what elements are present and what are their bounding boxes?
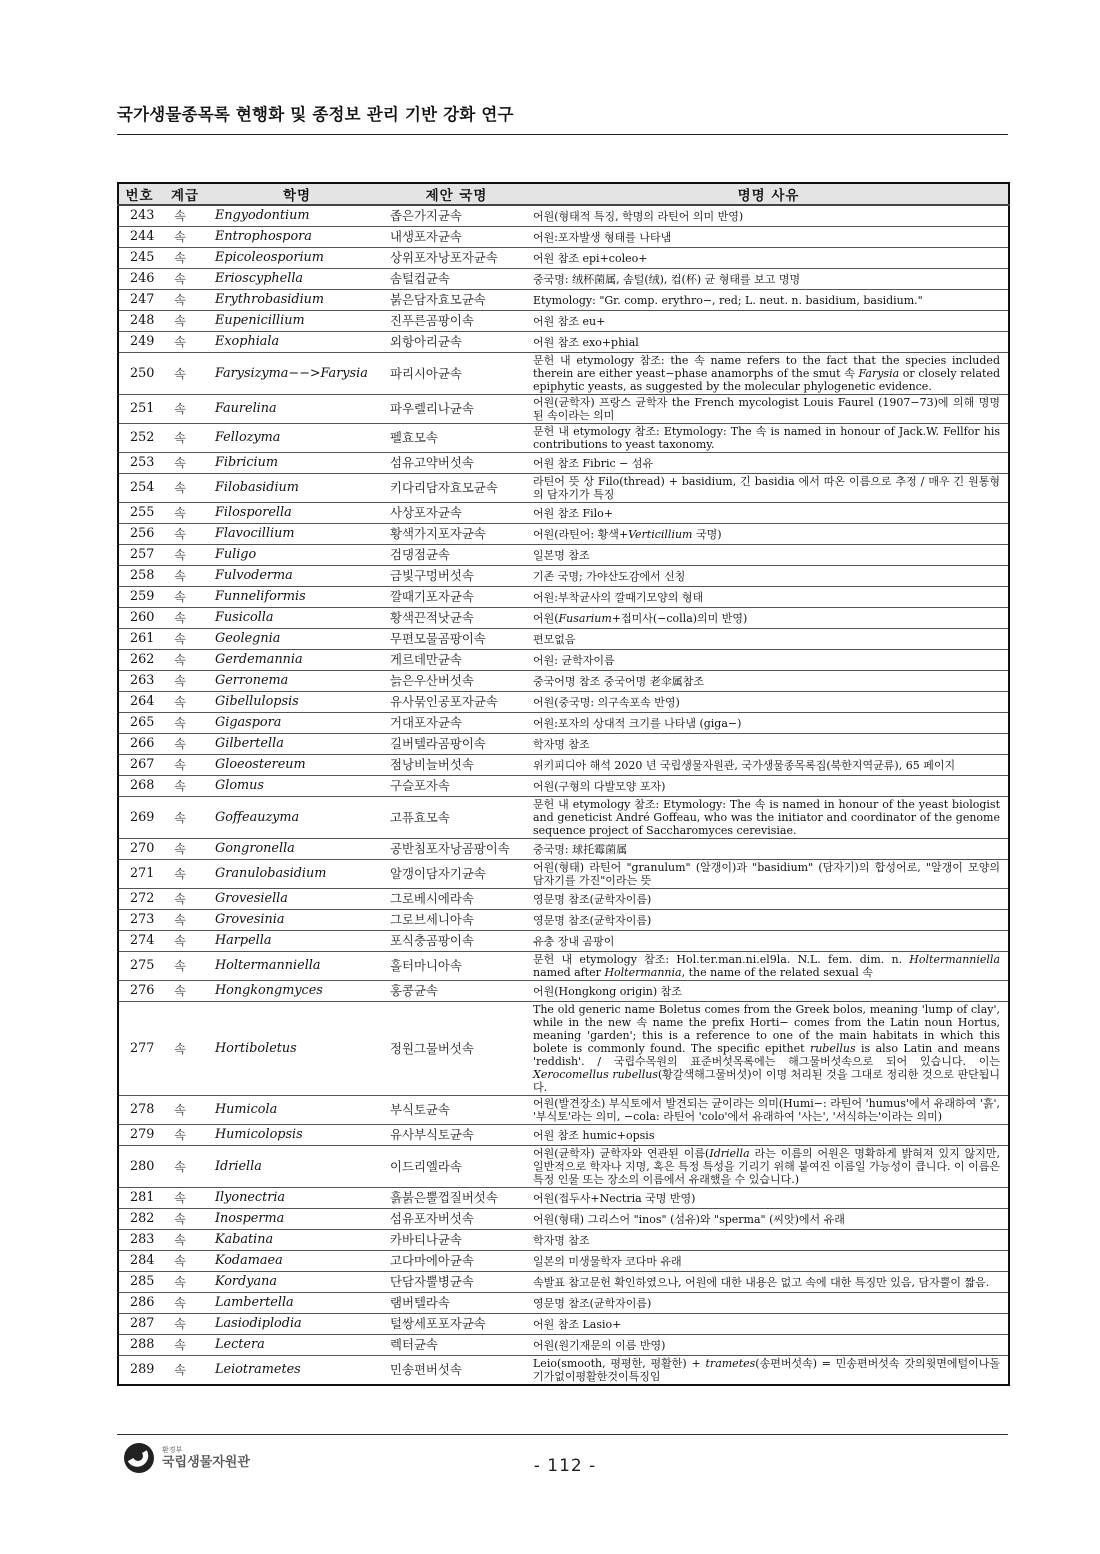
row-scientific-name: Fusicolla (210, 608, 384, 629)
row-rank: 속 (160, 1314, 210, 1335)
row-scientific-name: Grovesiella (210, 889, 384, 910)
row-scientific-name: Gigaspora (210, 713, 384, 734)
row-korean-name: 황색가지포자균속 (384, 524, 529, 545)
row-number: 279 (118, 1125, 160, 1146)
ministry-label: 환경부 (162, 1446, 250, 1455)
row-rank: 속 (160, 1209, 210, 1230)
row-scientific-name: Eupenicillium (210, 311, 384, 332)
row-scientific-name: Fibricium (210, 453, 384, 474)
row-number: 275 (118, 952, 160, 981)
row-rank: 속 (160, 1230, 210, 1251)
row-number: 280 (118, 1146, 160, 1188)
row-number: 269 (118, 797, 160, 839)
row-number: 271 (118, 860, 160, 889)
page-number: - 112 - (500, 1456, 630, 1476)
row-naming-reason: 어원 참조 epi+coleo+ (529, 248, 1009, 269)
row-rank: 속 (160, 839, 210, 860)
row-number: 266 (118, 734, 160, 755)
row-number: 283 (118, 1230, 160, 1251)
table-row: 267속Gloeostereum점낭비늘버섯속위키피디아 해석 2020 년 국… (118, 755, 1009, 776)
row-naming-reason: 편모없음 (529, 629, 1009, 650)
row-scientific-name: Gerronema (210, 671, 384, 692)
row-number: 274 (118, 931, 160, 952)
row-scientific-name: Entrophospora (210, 227, 384, 248)
row-naming-reason: 중국어명 참조 중국어명 老伞属참조 (529, 671, 1009, 692)
row-naming-reason: Etymology: "Gr. comp. erythro−, red; L. … (529, 290, 1009, 311)
row-rank: 속 (160, 474, 210, 503)
genus-name-table: 번호 계급 학명 제안 국명 명명 사유 243속Engyodontium좁은가… (117, 182, 1010, 1386)
row-number: 251 (118, 395, 160, 424)
row-rank: 속 (160, 1356, 210, 1386)
row-scientific-name: Gongronella (210, 839, 384, 860)
row-number: 261 (118, 629, 160, 650)
row-naming-reason: 중국명: 绒杯菌属, 솜털(绒), 컵(杯) 균 형태를 보고 명명 (529, 269, 1009, 290)
table-row: 269속Goffeauzyma고퓨효모속문헌 내 etymology 참조: E… (118, 797, 1009, 839)
table-row: 281속Ilyonectria흙붉은뿔껍질버섯속어원(접두사+Nectria 국… (118, 1188, 1009, 1209)
row-rank: 속 (160, 713, 210, 734)
row-korean-name: 알갱이담자기균속 (384, 860, 529, 889)
row-scientific-name: Farysizyma−−>Farysia (210, 353, 384, 395)
row-korean-name: 황색끈적낫균속 (384, 608, 529, 629)
row-scientific-name: Gibellulopsis (210, 692, 384, 713)
row-number: 253 (118, 453, 160, 474)
row-korean-name: 고퓨효모속 (384, 797, 529, 839)
row-naming-reason: 어원 참조 Fibric − 섬유 (529, 453, 1009, 474)
row-number: 256 (118, 524, 160, 545)
row-korean-name: 섬유포자버섯속 (384, 1209, 529, 1230)
row-rank: 속 (160, 205, 210, 227)
row-rank: 속 (160, 587, 210, 608)
table-row: 285속Kordyana단담자뿔병균속속발표 참고문헌 확인하였으나, 어원에 … (118, 1272, 1009, 1293)
row-number: 258 (118, 566, 160, 587)
row-korean-name: 검댕점균속 (384, 545, 529, 566)
row-korean-name: 렉터균속 (384, 1335, 529, 1356)
row-korean-name: 진푸른곰팡이속 (384, 311, 529, 332)
row-korean-name: 금빛구멍버섯속 (384, 566, 529, 587)
row-number: 259 (118, 587, 160, 608)
row-korean-name: 파우렐리나균속 (384, 395, 529, 424)
row-rank: 속 (160, 608, 210, 629)
row-naming-reason: 어원 참조 Filo+ (529, 503, 1009, 524)
table-row: 265속Gigaspora거대포자균속어원:포자의 상대적 크기를 나타냄 (g… (118, 713, 1009, 734)
table-row: 259속Funneliformis깔때기포자균속어원:부착균사의 깔때기모양의 … (118, 587, 1009, 608)
row-number: 284 (118, 1251, 160, 1272)
row-naming-reason: 라틴어 뜻 상 Filo(thread) + basidium, 긴 basid… (529, 474, 1009, 503)
row-scientific-name: Humicolopsis (210, 1125, 384, 1146)
row-korean-name: 정원그물버섯속 (384, 1002, 529, 1096)
row-scientific-name: Holtermanniella (210, 952, 384, 981)
row-number: 249 (118, 332, 160, 353)
row-scientific-name: Humicola (210, 1096, 384, 1125)
row-number: 244 (118, 227, 160, 248)
row-korean-name: 펠효모속 (384, 424, 529, 453)
row-rank: 속 (160, 981, 210, 1002)
table-row: 272속Grovesiella그로베시에라속영문명 참조(균학자이름) (118, 889, 1009, 910)
row-korean-name: 구슬포자속 (384, 776, 529, 797)
row-number: 243 (118, 205, 160, 227)
row-korean-name: 부식토균속 (384, 1096, 529, 1125)
row-naming-reason: 영문명 참조(균학자이름) (529, 889, 1009, 910)
row-korean-name: 공반침포자낭곰팡이속 (384, 839, 529, 860)
row-scientific-name: Engyodontium (210, 205, 384, 227)
row-rank: 속 (160, 692, 210, 713)
row-korean-name: 파리시아균속 (384, 353, 529, 395)
row-number: 245 (118, 248, 160, 269)
row-korean-name: 램버텔라속 (384, 1293, 529, 1314)
row-rank: 속 (160, 1293, 210, 1314)
row-scientific-name: Grovesinia (210, 910, 384, 931)
row-number: 268 (118, 776, 160, 797)
row-scientific-name: Kodamaea (210, 1251, 384, 1272)
row-rank: 속 (160, 248, 210, 269)
table-row: 248속Eupenicillium진푸른곰팡이속어원 참조 eu+ (118, 311, 1009, 332)
table-row: 279속Humicolopsis유사부식토균속어원 참조 humic+opsis (118, 1125, 1009, 1146)
table-row: 288속Lectera렉터균속어원(원기재문의 이름 반영) (118, 1335, 1009, 1356)
row-korean-name: 홀터마니아속 (384, 952, 529, 981)
row-naming-reason: 어원: 균학자이름 (529, 650, 1009, 671)
row-naming-reason: 유충 장내 곰팡이 (529, 931, 1009, 952)
row-number: 263 (118, 671, 160, 692)
row-korean-name: 게르데만균속 (384, 650, 529, 671)
row-number: 257 (118, 545, 160, 566)
row-korean-name: 유사묶인공포자균속 (384, 692, 529, 713)
row-number: 276 (118, 981, 160, 1002)
row-rank: 속 (160, 1125, 210, 1146)
row-naming-reason: 어원:포자발생 형태를 나타냄 (529, 227, 1009, 248)
row-naming-reason: 문헌 내 etymology 참조: Hol.ter.man.ni.el9la.… (529, 952, 1009, 981)
row-korean-name: 민송편버섯속 (384, 1356, 529, 1386)
row-korean-name: 포식충곰팡이속 (384, 931, 529, 952)
table-row: 250속Farysizyma−−>Farysia파리시아균속문헌 내 etymo… (118, 353, 1009, 395)
row-rank: 속 (160, 671, 210, 692)
row-number: 277 (118, 1002, 160, 1096)
row-korean-name: 외항아리균속 (384, 332, 529, 353)
row-number: 260 (118, 608, 160, 629)
row-naming-reason: 일본의 미생물학자 코다마 유래 (529, 1251, 1009, 1272)
row-rank: 속 (160, 889, 210, 910)
table-row: 271속Granulobasidium알갱이담자기균속어원(형태) 라틴어 "g… (118, 860, 1009, 889)
row-scientific-name: Harpella (210, 931, 384, 952)
row-korean-name: 그로브세니아속 (384, 910, 529, 931)
table-row: 263속Gerronema늙은우산버섯속중국어명 참조 중국어명 老伞属참조 (118, 671, 1009, 692)
row-rank: 속 (160, 629, 210, 650)
row-naming-reason: 어원(Hongkong origin) 참조 (529, 981, 1009, 1002)
row-number: 247 (118, 290, 160, 311)
row-number: 282 (118, 1209, 160, 1230)
row-rank: 속 (160, 1188, 210, 1209)
table-row: 284속Kodamaea고다마에아균속일본의 미생물학자 코다마 유래 (118, 1251, 1009, 1272)
row-scientific-name: Ilyonectria (210, 1188, 384, 1209)
row-naming-reason: 어원(형태) 라틴어 "granulum" (알갱이)과 "basidium" … (529, 860, 1009, 889)
row-number: 250 (118, 353, 160, 395)
row-naming-reason: 학자명 참조 (529, 734, 1009, 755)
table-row: 244속Entrophospora내생포자균속어원:포자발생 형태를 나타냄 (118, 227, 1009, 248)
column-header-proposed-korean-name: 제안 국명 (384, 183, 529, 205)
row-number: 272 (118, 889, 160, 910)
row-rank: 속 (160, 931, 210, 952)
row-scientific-name: Gloeostereum (210, 755, 384, 776)
table-row: 251속Faurelina파우렐리나균속어원(균학자) 프랑스 균학자 the … (118, 395, 1009, 424)
row-rank: 속 (160, 424, 210, 453)
table-body: 243속Engyodontium좁은가지균속어원(형태적 특징, 학명의 라틴어… (118, 205, 1009, 1385)
row-rank: 속 (160, 755, 210, 776)
row-rank: 속 (160, 353, 210, 395)
row-naming-reason: 학자명 참조 (529, 1230, 1009, 1251)
header-divider (117, 134, 1008, 135)
row-naming-reason: 어원(발견장소) 부식토에서 발견되는 균이라는 의미(Humi−: 라틴어 '… (529, 1096, 1009, 1125)
row-korean-name: 솜털컵균속 (384, 269, 529, 290)
row-scientific-name: Hortiboletus (210, 1002, 384, 1096)
row-korean-name: 카바티나균속 (384, 1230, 529, 1251)
table-row: 289속Leiotrametes민송편버섯속Leio(smooth, 평평한, … (118, 1356, 1009, 1386)
row-korean-name: 키다리담자효모균속 (384, 474, 529, 503)
table-row: 286속Lambertella램버텔라속영문명 참조(균학자이름) (118, 1293, 1009, 1314)
row-naming-reason: 어원(중국명: 의구속포속 반영) (529, 692, 1009, 713)
document-header: 국가생물종목록 현행화 및 종정보 관리 기반 강화 연구 (117, 100, 1008, 130)
table-row: 278속Humicola부식토균속어원(발견장소) 부식토에서 발견되는 균이라… (118, 1096, 1009, 1125)
row-number: 252 (118, 424, 160, 453)
table-row: 247속Erythrobasidium붉은담자효모균속Etymology: "G… (118, 290, 1009, 311)
table-row: 246속Erioscyphella솜털컵균속중국명: 绒杯菌属, 솜털(绒), … (118, 269, 1009, 290)
row-scientific-name: Epicoleosporium (210, 248, 384, 269)
row-korean-name: 유사부식토균속 (384, 1125, 529, 1146)
row-scientific-name: Erioscyphella (210, 269, 384, 290)
table-row: 262속Gerdemannia게르데만균속어원: 균학자이름 (118, 650, 1009, 671)
row-number: 288 (118, 1335, 160, 1356)
row-naming-reason: 어원(라틴어: 황색+Verticillium 국명) (529, 524, 1009, 545)
table-row: 276속Hongkongmyces홍콩균속어원(Hongkong origin)… (118, 981, 1009, 1002)
row-scientific-name: Inosperma (210, 1209, 384, 1230)
row-naming-reason: 어원(균학자) 프랑스 균학자 the French mycologist Lo… (529, 395, 1009, 424)
table-row: 287속Lasiodiplodia털쌍세포포자균속어원 참조 Lasio+ (118, 1314, 1009, 1335)
row-scientific-name: Goffeauzyma (210, 797, 384, 839)
row-rank: 속 (160, 524, 210, 545)
table-row: 258속Fulvoderma금빛구멍버섯속기존 국명; 가야산도감에서 신칭 (118, 566, 1009, 587)
row-naming-reason: The old generic name Boletus comes from … (529, 1002, 1009, 1096)
row-scientific-name: Glomus (210, 776, 384, 797)
row-rank: 속 (160, 910, 210, 931)
institution-name: 환경부 국립생물자원관 (162, 1446, 250, 1470)
row-scientific-name: Exophiala (210, 332, 384, 353)
row-naming-reason: 어원(구형의 다발모양 포자) (529, 776, 1009, 797)
row-korean-name: 거대포자균속 (384, 713, 529, 734)
table-row: 249속Exophiala외항아리균속어원 참조 exo+phial (118, 332, 1009, 353)
row-naming-reason: 어원(원기재문의 이름 반영) (529, 1335, 1009, 1356)
document-title: 국가생물종목록 현행화 및 종정보 관리 기반 강화 연구 (117, 100, 1008, 130)
row-number: 254 (118, 474, 160, 503)
row-korean-name: 홍콩균속 (384, 981, 529, 1002)
table-header-row: 번호 계급 학명 제안 국명 명명 사유 (118, 183, 1009, 205)
row-scientific-name: Gerdemannia (210, 650, 384, 671)
row-scientific-name: Geolegnia (210, 629, 384, 650)
row-rank: 속 (160, 332, 210, 353)
row-scientific-name: Hongkongmyces (210, 981, 384, 1002)
table-row: 253속Fibricium섬유고약버섯속어원 참조 Fibric − 섬유 (118, 453, 1009, 474)
table-row: 266속Gilbertella길버텔라곰팡이속학자명 참조 (118, 734, 1009, 755)
table-row: 268속Glomus구슬포자속어원(구형의 다발모양 포자) (118, 776, 1009, 797)
row-scientific-name: Funneliformis (210, 587, 384, 608)
row-naming-reason: 어원 참조 Lasio+ (529, 1314, 1009, 1335)
column-header-scientific-name: 학명 (210, 183, 384, 205)
table-row: 256속Flavocillium황색가지포자균속어원(라틴어: 황색+Verti… (118, 524, 1009, 545)
row-korean-name: 사상포자균속 (384, 503, 529, 524)
row-korean-name: 길버텔라곰팡이속 (384, 734, 529, 755)
row-rank: 속 (160, 734, 210, 755)
row-naming-reason: Leio(smooth, 평평한, 평활한) + trametes(송편버섯속)… (529, 1356, 1009, 1386)
row-scientific-name: Lectera (210, 1335, 384, 1356)
column-header-number: 번호 (118, 183, 160, 205)
row-rank: 속 (160, 227, 210, 248)
row-naming-reason: 어원(접두사+Nectria 국명 반영) (529, 1188, 1009, 1209)
row-naming-reason: 어원(Fusarium+접미사(−colla)의미 반영) (529, 608, 1009, 629)
table-row: 257속Fuligo검댕점균속일본명 참조 (118, 545, 1009, 566)
row-naming-reason: 영문명 참조(균학자이름) (529, 910, 1009, 931)
row-number: 265 (118, 713, 160, 734)
row-rank: 속 (160, 395, 210, 424)
institute-label: 국립생물자원관 (162, 1455, 250, 1470)
row-naming-reason: 일본명 참조 (529, 545, 1009, 566)
table-row: 243속Engyodontium좁은가지균속어원(형태적 특징, 학명의 라틴어… (118, 205, 1009, 227)
row-number: 287 (118, 1314, 160, 1335)
table-row: 245속Epicoleosporium상위포자낭포자균속어원 참조 epi+co… (118, 248, 1009, 269)
row-korean-name: 붉은담자효모균속 (384, 290, 529, 311)
row-naming-reason: 어원 참조 humic+opsis (529, 1125, 1009, 1146)
row-naming-reason: 어원(형태) 그리스어 "inos" (섬유)와 "sperma" (씨앗)에서… (529, 1209, 1009, 1230)
table-row: 280속Idriella이드리엘라속어원(균학자) 균학자와 연관된 이름(Id… (118, 1146, 1009, 1188)
row-number: 264 (118, 692, 160, 713)
row-rank: 속 (160, 1146, 210, 1188)
row-naming-reason: 기존 국명; 가야산도감에서 신칭 (529, 566, 1009, 587)
table-row: 255속Filosporella사상포자균속어원 참조 Filo+ (118, 503, 1009, 524)
table-row: 260속Fusicolla황색끈적낫균속어원(Fusarium+접미사(−col… (118, 608, 1009, 629)
row-rank: 속 (160, 545, 210, 566)
row-scientific-name: Filobasidium (210, 474, 384, 503)
row-rank: 속 (160, 290, 210, 311)
row-korean-name: 단담자뿔병균속 (384, 1272, 529, 1293)
row-korean-name: 내생포자균속 (384, 227, 529, 248)
row-korean-name: 상위포자낭포자균속 (384, 248, 529, 269)
row-number: 289 (118, 1356, 160, 1386)
row-number: 246 (118, 269, 160, 290)
row-scientific-name: Gilbertella (210, 734, 384, 755)
row-scientific-name: Faurelina (210, 395, 384, 424)
table-row: 274속Harpella포식충곰팡이속유충 장내 곰팡이 (118, 931, 1009, 952)
row-rank: 속 (160, 453, 210, 474)
row-scientific-name: Lambertella (210, 1293, 384, 1314)
row-korean-name: 늙은우산버섯속 (384, 671, 529, 692)
row-scientific-name: Fulvoderma (210, 566, 384, 587)
row-naming-reason: 어원 참조 exo+phial (529, 332, 1009, 353)
row-scientific-name: Filosporella (210, 503, 384, 524)
row-number: 285 (118, 1272, 160, 1293)
row-scientific-name: Lasiodiplodia (210, 1314, 384, 1335)
row-rank: 속 (160, 311, 210, 332)
row-korean-name: 깔때기포자균속 (384, 587, 529, 608)
row-korean-name: 고다마에아균속 (384, 1251, 529, 1272)
table-row: 283속Kabatina카바티나균속학자명 참조 (118, 1230, 1009, 1251)
row-rank: 속 (160, 776, 210, 797)
row-scientific-name: Idriella (210, 1146, 384, 1188)
footer-divider (117, 1434, 1008, 1435)
row-naming-reason: 어원:부착균사의 깔때기모양의 형태 (529, 587, 1009, 608)
institution-logo: 환경부 국립생물자원관 (124, 1443, 250, 1473)
row-naming-reason: 속발표 참고문헌 확인하였으나, 어원에 대한 내용은 없고 속에 대한 특징만… (529, 1272, 1009, 1293)
table-row: 270속Gongronella공반침포자낭곰팡이속중국명: 球托霉菌属 (118, 839, 1009, 860)
row-korean-name: 흙붉은뿔껍질버섯속 (384, 1188, 529, 1209)
row-rank: 속 (160, 1272, 210, 1293)
row-number: 278 (118, 1096, 160, 1125)
row-number: 273 (118, 910, 160, 931)
row-naming-reason: 위키피디아 해석 2020 년 국립생물자원관, 국가생물종목록집(북한지역균류… (529, 755, 1009, 776)
table-row: 277속Hortiboletus정원그물버섯속The old generic n… (118, 1002, 1009, 1096)
row-rank: 속 (160, 1096, 210, 1125)
table-row: 273속Grovesinia그로브세니아속영문명 참조(균학자이름) (118, 910, 1009, 931)
row-rank: 속 (160, 650, 210, 671)
table-row: 261속Geolegnia무편모물곰팡이속편모없음 (118, 629, 1009, 650)
row-korean-name: 무편모물곰팡이속 (384, 629, 529, 650)
row-rank: 속 (160, 269, 210, 290)
row-naming-reason: 문헌 내 etymology 참조: the 속 name refers to … (529, 353, 1009, 395)
table-row: 252속Fellozyma펠효모속문헌 내 etymology 참조: Etym… (118, 424, 1009, 453)
row-rank: 속 (160, 1335, 210, 1356)
row-naming-reason: 문헌 내 etymology 참조: Etymology: The 속 is n… (529, 424, 1009, 453)
genus-name-table-container: 번호 계급 학명 제안 국명 명명 사유 243속Engyodontium좁은가… (117, 182, 1008, 1386)
row-scientific-name: Fuligo (210, 545, 384, 566)
row-naming-reason: 문헌 내 etymology 참조: Etymology: The 속 is n… (529, 797, 1009, 839)
row-number: 267 (118, 755, 160, 776)
row-scientific-name: Flavocillium (210, 524, 384, 545)
row-naming-reason: 어원:포자의 상대적 크기를 나타냄 (giga−) (529, 713, 1009, 734)
row-scientific-name: Leiotrametes (210, 1356, 384, 1386)
row-korean-name: 이드리엘라속 (384, 1146, 529, 1188)
row-naming-reason: 어원(균학자) 균학자와 연관된 이름(Idriella 라는 이름의 어원은 … (529, 1146, 1009, 1188)
row-rank: 속 (160, 952, 210, 981)
row-naming-reason: 중국명: 球托霉菌属 (529, 839, 1009, 860)
row-scientific-name: Kordyana (210, 1272, 384, 1293)
row-scientific-name: Fellozyma (210, 424, 384, 453)
row-korean-name: 그로베시에라속 (384, 889, 529, 910)
row-scientific-name: Granulobasidium (210, 860, 384, 889)
row-number: 255 (118, 503, 160, 524)
row-korean-name: 점낭비늘버섯속 (384, 755, 529, 776)
row-korean-name: 섬유고약버섯속 (384, 453, 529, 474)
row-naming-reason: 영문명 참조(균학자이름) (529, 1293, 1009, 1314)
row-rank: 속 (160, 860, 210, 889)
row-scientific-name: Erythrobasidium (210, 290, 384, 311)
row-korean-name: 털쌍세포포자균속 (384, 1314, 529, 1335)
taegeuk-emblem-icon (124, 1443, 154, 1473)
column-header-naming-reason: 명명 사유 (529, 183, 1009, 205)
table-row: 264속Gibellulopsis유사묶인공포자균속어원(중국명: 의구속포속 … (118, 692, 1009, 713)
row-korean-name: 좁은가지균속 (384, 205, 529, 227)
row-number: 248 (118, 311, 160, 332)
column-header-rank: 계급 (160, 183, 210, 205)
row-rank: 속 (160, 1002, 210, 1096)
row-rank: 속 (160, 503, 210, 524)
row-scientific-name: Kabatina (210, 1230, 384, 1251)
row-naming-reason: 어원(형태적 특징, 학명의 라틴어 의미 반영) (529, 205, 1009, 227)
row-rank: 속 (160, 1251, 210, 1272)
row-number: 286 (118, 1293, 160, 1314)
row-number: 281 (118, 1188, 160, 1209)
table-row: 254속Filobasidium키다리담자효모균속라틴어 뜻 상 Filo(th… (118, 474, 1009, 503)
row-rank: 속 (160, 797, 210, 839)
row-number: 270 (118, 839, 160, 860)
row-naming-reason: 어원 참조 eu+ (529, 311, 1009, 332)
table-row: 275속Holtermanniella홀터마니아속문헌 내 etymology … (118, 952, 1009, 981)
table-row: 282속Inosperma섬유포자버섯속어원(형태) 그리스어 "inos" (… (118, 1209, 1009, 1230)
row-number: 262 (118, 650, 160, 671)
